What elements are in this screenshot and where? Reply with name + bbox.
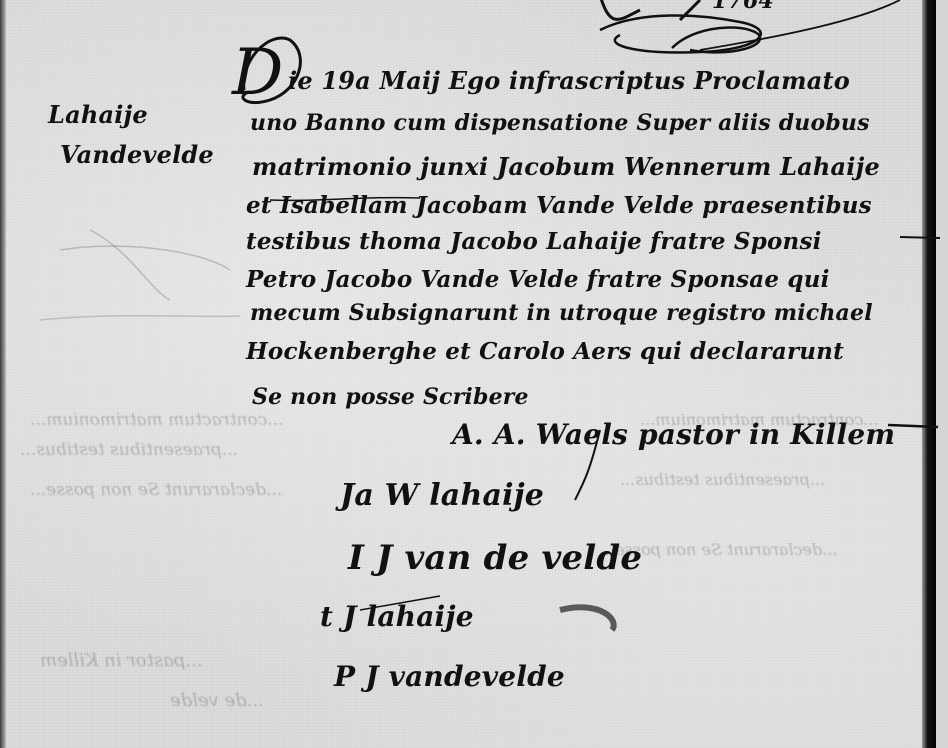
bleed-through-text: ...de velde [170,690,264,711]
body-line-3: matrimonio junxi Jacobum Wennerum Lahaij… [252,152,880,181]
signature-groom: Ja W lahaije [340,478,544,513]
margin-bride-surname: Vandevelde [60,140,214,169]
body-line-8: Hockenberghe et Carolo Aers qui declarar… [246,338,844,365]
pastor-signature: A. A. Waels pastor in Killem [452,418,895,451]
bleed-through-text: ...praesentibus testibus... [620,470,825,489]
bleed-through-text: ...praesentibus testibus... [20,440,238,460]
page-left-edge [0,0,6,748]
body-line-6: Petro Jacobo Vande Velde fratre Sponsae … [246,266,830,293]
body-line-2: uno Banno cum dispensatione Super aliis … [250,110,870,136]
bleed-through-text: ...contractum matrimonium... [30,410,284,430]
body-line-7: mecum Subsignarunt in utroque registro m… [250,300,873,326]
signature-bride: I J van de velde [348,538,642,578]
body-line-5: testibus thoma Jacobo Lahaije fratre Spo… [246,228,822,255]
margin-groom-surname: Lahaije [48,100,148,129]
body-line-9: Se non posse Scribere [252,384,529,410]
register-page: ...contractum matrimonium... ...praesent… [0,0,936,748]
bleed-through-text: ...pastor in Killem [40,650,203,671]
initial-letter: D [232,36,284,110]
bleed-through-text: ...declararunt Se non posse... [30,480,282,500]
signature-witness-vandevelde: P J vandevelde [334,660,565,693]
page-right-edge [922,0,936,748]
body-line-1: ie 19a Maij Ego infrascriptus Proclamato [288,66,850,95]
signature-witness-lahaije: t J lahaije [320,600,474,633]
body-line-4: et Isabellam Jacobam Vande Velde praesen… [246,192,872,219]
year-fragment: 1764 [712,0,774,14]
